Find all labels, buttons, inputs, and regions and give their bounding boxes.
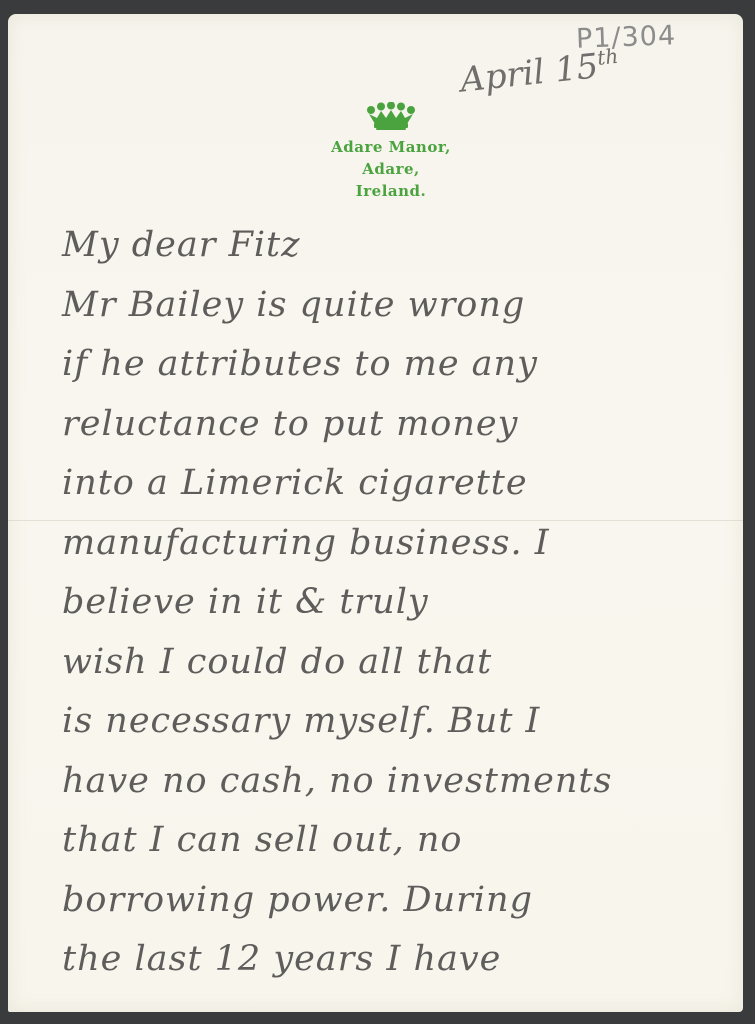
body-line-10: that I can sell out, no — [62, 811, 732, 871]
body-line-2: if he attributes to me any — [62, 335, 732, 395]
letterhead: Adare Manor, Adare, Ireland. — [276, 102, 506, 202]
body-line-7: wish I could do all that — [62, 633, 732, 693]
body-line-8: is necessary myself. But I — [62, 692, 732, 752]
body-line-6: believe in it & truly — [62, 573, 732, 633]
salutation: My dear Fitz — [62, 216, 732, 276]
date-suffix: th — [596, 44, 619, 70]
body-line-11: borrowing power. During — [62, 871, 732, 931]
letterhead-line-1: Adare Manor, — [276, 136, 506, 158]
letter-date: April 15th — [458, 44, 621, 101]
crown-icon — [365, 102, 417, 132]
date-text: April 15 — [458, 46, 600, 100]
letterhead-line-2: Adare, — [276, 158, 506, 180]
body-line-4: into a Limerick cigarette — [62, 454, 732, 514]
body-line-5: manufacturing business. I — [62, 514, 732, 574]
letterhead-line-3: Ireland. — [276, 180, 506, 202]
body-line-12: the last 12 years I have — [62, 930, 732, 990]
body-line-9: have no cash, no investments — [62, 752, 732, 812]
body-line-3: reluctance to put money — [62, 395, 732, 455]
body-line-1: Mr Bailey is quite wrong — [62, 276, 732, 336]
letter-body: My dear Fitz Mr Bailey is quite wrong if… — [62, 216, 732, 990]
